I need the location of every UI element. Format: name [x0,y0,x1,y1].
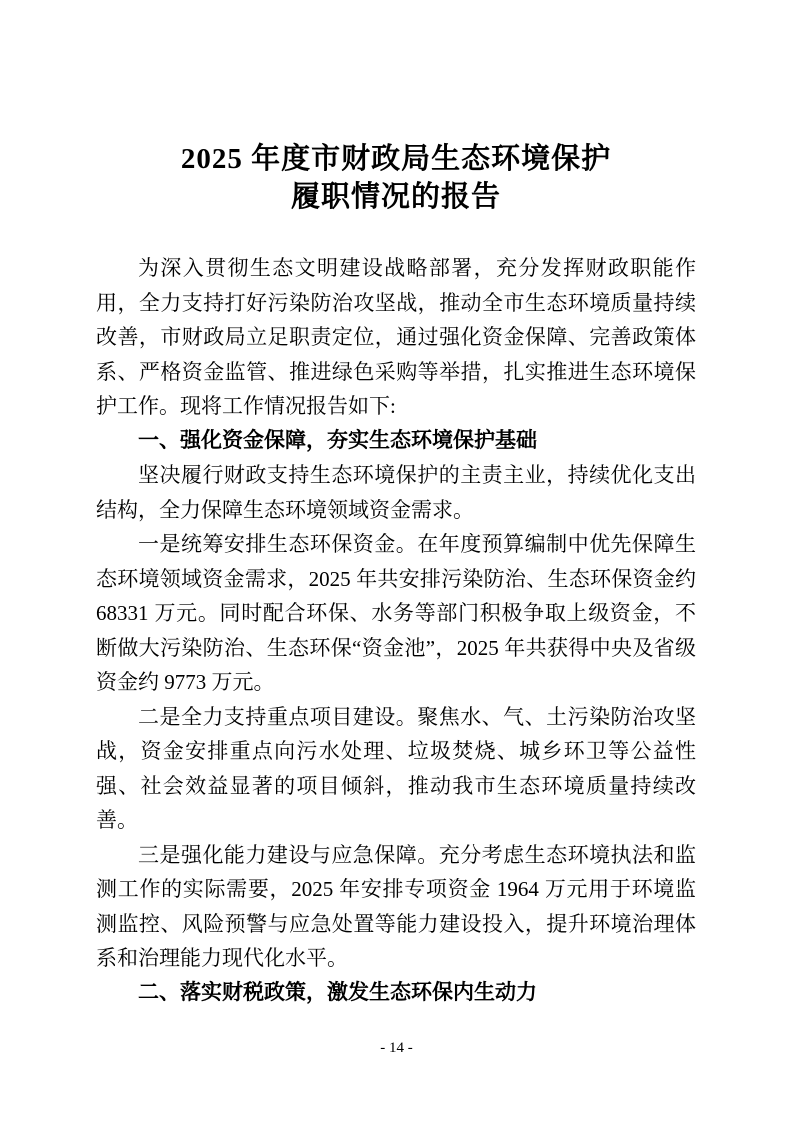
paragraph-point-1-budget-arrangement: 一是统筹安排生态环保资金。在年度预算编制中优先保障生态环境领域资金需求，2025… [96,527,696,700]
title-line-1: 2025 年度市财政局生态环境保护 [96,140,696,178]
document-page: 2025 年度市财政局生态环境保护 履职情况的报告 为深入贯彻生态文明建设战略部… [0,0,793,1122]
paragraph-funding-commitment: 坚决履行财政支持生态环境保护的主责主业，持续优化支出结构，全力保障生态环境领域资… [96,458,696,527]
document-body: 为深入贯彻生态文明建设战略部署，充分发挥财政职能作用，全力支持打好污染防治攻坚战… [96,251,696,1010]
page-number: - 14 - [0,1039,793,1057]
paragraph-point-3-capacity-building: 三是强化能力建设与应急保障。充分考虑生态环境执法和监测工作的实际需要，2025 … [96,838,696,976]
section-heading-2: 二、落实财税政策，激发生态环保内生动力 [96,976,696,1011]
paragraph-point-2-key-projects: 二是全力支持重点项目建设。聚焦水、气、土污染防治攻坚战，资金安排重点向污水处理、… [96,700,696,838]
section-heading-1: 一、强化资金保障，夯实生态环境保护基础 [96,424,696,459]
document-title: 2025 年度市财政局生态环境保护 履职情况的报告 [96,140,696,216]
title-line-2: 履职情况的报告 [96,178,696,216]
paragraph-intro: 为深入贯彻生态文明建设战略部署，充分发挥财政职能作用，全力支持打好污染防治攻坚战… [96,251,696,424]
